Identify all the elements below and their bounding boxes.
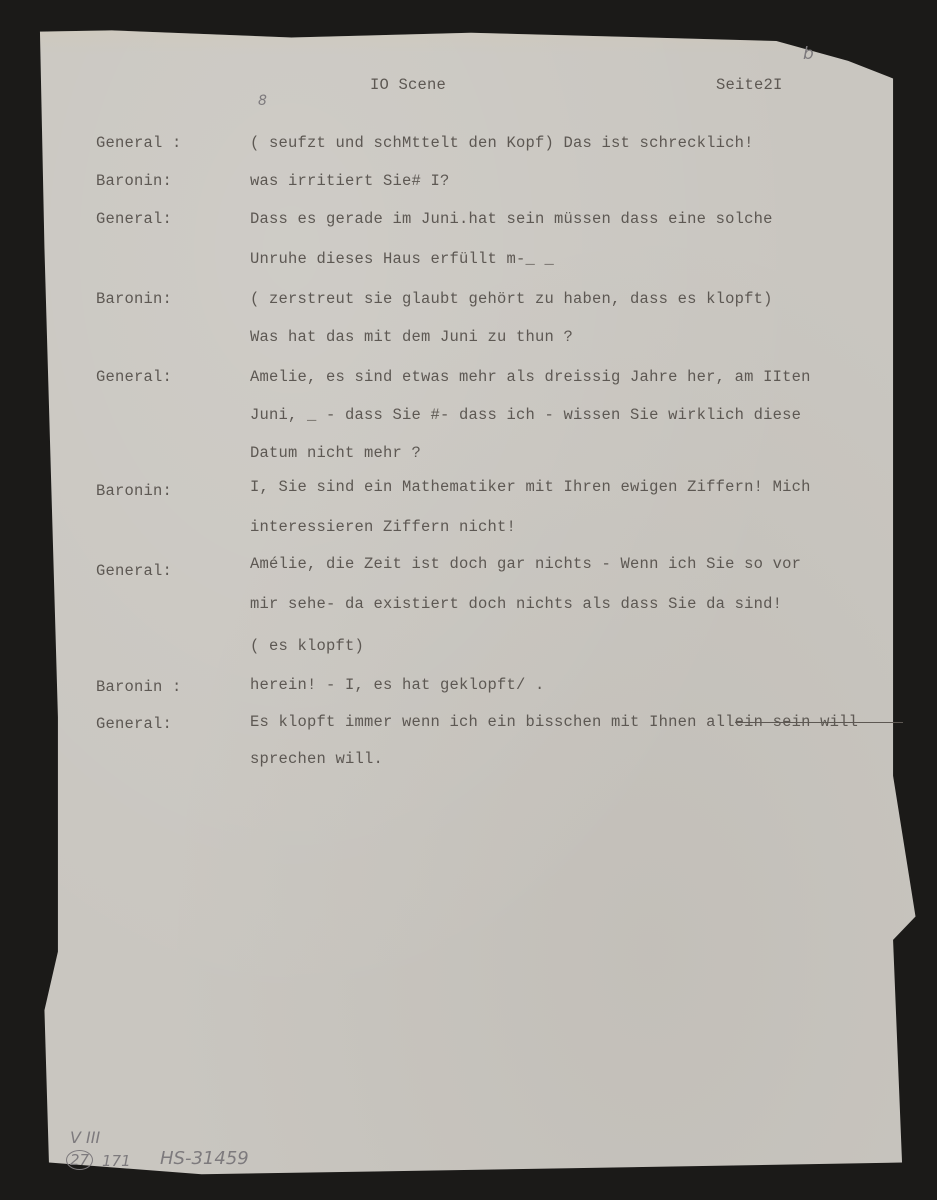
- dialogue-line: Datum nicht mehr ?: [250, 444, 421, 462]
- dialogue-line: ( es klopft): [250, 637, 364, 655]
- archive-number: 171: [102, 1152, 131, 1170]
- speaker: Baronin:: [96, 172, 172, 190]
- page-number: Seite2I: [716, 76, 783, 94]
- archive-roman-numeral: V III: [70, 1128, 100, 1147]
- dialogue-line: Amelie, es sind etwas mehr als dreissig …: [250, 368, 811, 386]
- dialogue-line: was irritiert Sie# I?: [250, 172, 450, 190]
- dialogue-line: Was hat das mit dem Juni zu thun ?: [250, 328, 573, 346]
- dialogue-line: Unruhe dieses Haus erfüllt m-_ _: [250, 250, 554, 268]
- dialogue-line: interessieren Ziffern nicht!: [250, 518, 516, 536]
- speaker: General:: [96, 562, 172, 580]
- dialogue-line: Amélie, die Zeit ist doch gar nichts - W…: [250, 555, 801, 573]
- dialogue-line: herein! - I, es hat geklopft/ .: [250, 676, 545, 694]
- speaker: Baronin :: [96, 678, 182, 696]
- archive-circled-number: 27: [66, 1150, 93, 1170]
- dialogue-line: sprechen will.: [250, 750, 383, 768]
- speaker: General:: [96, 715, 172, 733]
- dialogue-line: I, Sie sind ein Mathematiker mit Ihren e…: [250, 478, 811, 496]
- scene-correction: 8: [258, 93, 267, 109]
- dialogue-line: ( zerstreut sie glaubt gehört zu haben, …: [250, 290, 773, 308]
- dialogue-line: Dass es gerade im Juni.hat sein müssen d…: [250, 210, 773, 228]
- speaker: General:: [96, 368, 172, 386]
- strikethrough-mark: [735, 722, 903, 723]
- dialogue-line: Juni, _ - dass Sie #- dass ich - wissen …: [250, 406, 801, 424]
- scene-heading: IO Scene: [370, 76, 446, 94]
- speaker: Baronin:: [96, 482, 172, 500]
- speaker: General :: [96, 134, 182, 152]
- corner-pencil-mark: b: [803, 44, 814, 64]
- dialogue-line: mir sehe- da existiert doch nichts als d…: [250, 595, 782, 613]
- speaker: Baronin:: [96, 290, 172, 308]
- archive-signature: HS-31459: [160, 1148, 249, 1169]
- dialogue-line: ( seufzt und schMttelt den Kopf) Das ist…: [250, 134, 754, 152]
- speaker: General:: [96, 210, 172, 228]
